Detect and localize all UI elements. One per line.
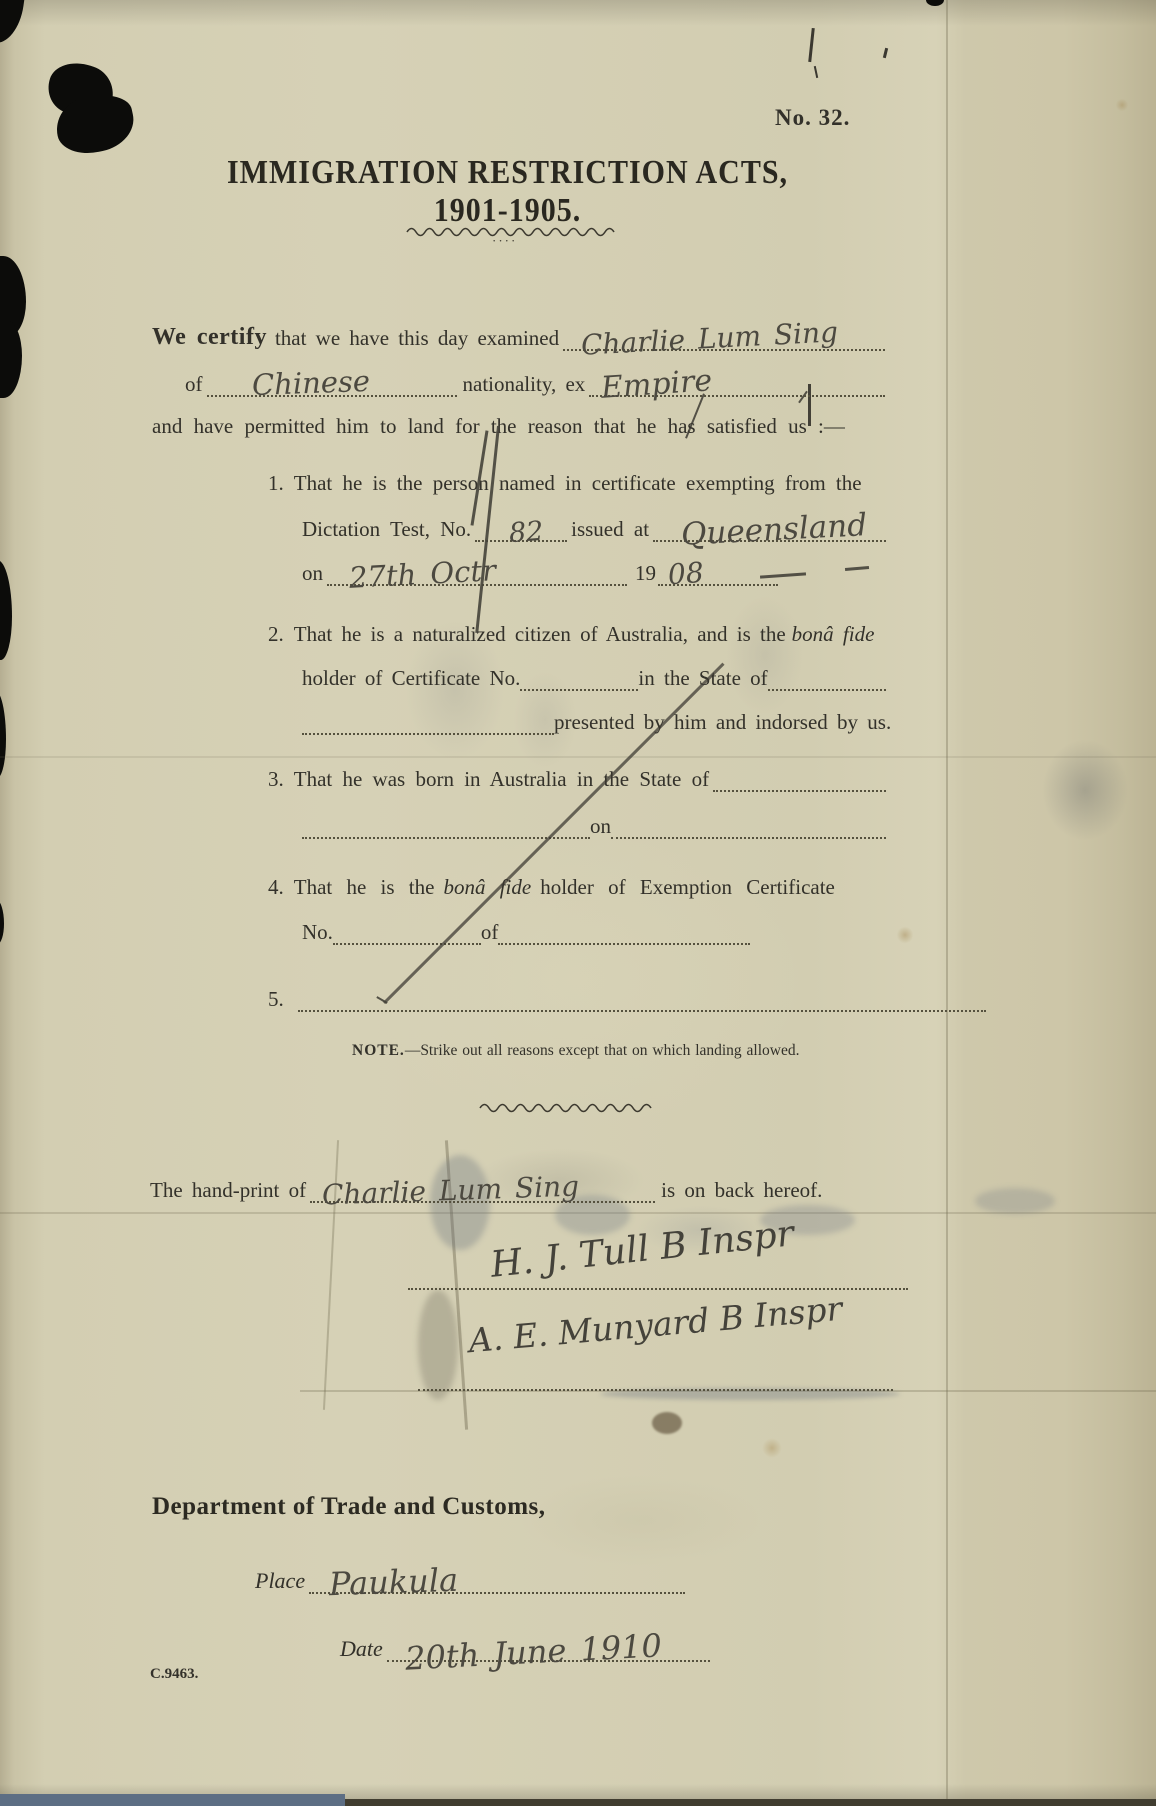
examined-name-handwriting: Charlie Lum Sing [581, 318, 839, 359]
place-field: Paukula [309, 1588, 685, 1594]
fold-crease [0, 756, 1156, 758]
reason-text: in the State of [638, 666, 767, 691]
ex-field: Empire [589, 391, 885, 397]
exemption-no-field [333, 939, 481, 945]
torn-edge [926, 0, 944, 6]
reason-1-line-1: 1. That he is the person named in certif… [268, 471, 886, 496]
reason-number: 2. [268, 622, 284, 647]
divider-dots: ···· [492, 233, 517, 249]
certificate-document: No. 32. IMMIGRATION RESTRICTION ACTS, 19… [0, 0, 1156, 1806]
pen-mark [883, 48, 888, 58]
reason-text: issued at [571, 517, 649, 542]
certify-line-2: of Chinese nationality, ex Empire [185, 372, 885, 397]
reason-text: That he is the [294, 875, 435, 900]
torn-edge [0, 0, 26, 46]
nationality-field: Chinese [207, 391, 457, 397]
ex-handwriting: Empire [600, 366, 713, 404]
reason-number: 5. [268, 987, 284, 1012]
reason-text: holder of Certificate No. [302, 666, 520, 691]
reason-2-line-1: 2. That he is a naturalized citizen of A… [268, 622, 886, 647]
page-bottom-blue-strip [0, 1794, 345, 1806]
place-line: Place Paukula [255, 1568, 685, 1594]
state-field [768, 685, 886, 691]
reason-text: on [302, 561, 323, 586]
reason-text: holder of Exemption Certificate [540, 875, 835, 900]
reason-text: That he is the person named in certifica… [294, 471, 862, 496]
reason-text: That he was born in Australia in the Sta… [294, 767, 709, 792]
reason-text: of [481, 920, 499, 945]
wavy-divider [478, 1100, 654, 1119]
handprint-line: The hand-print of Charlie Lum Sing is on… [150, 1178, 888, 1203]
blank-field [298, 1006, 986, 1012]
reason-text: on [590, 814, 611, 839]
reason-text: No. [302, 920, 333, 945]
issued-at-handwriting: Queensland [680, 510, 868, 551]
reason-1-line-2: Dictation Test, No. 82 issued at Queensl… [302, 517, 886, 542]
torn-edge [0, 900, 4, 944]
handprint-text: The hand-print of [150, 1178, 306, 1203]
department-title: Department of Trade and Customs, [152, 1493, 546, 1521]
pen-mark [814, 66, 818, 78]
torn-edge [0, 560, 12, 660]
nationality-ex-label: nationality, ex [463, 372, 586, 397]
handprint-name-handwriting: Charlie Lum Sing [322, 1173, 580, 1210]
issued-at-field: Queensland [653, 536, 886, 542]
issue-date-handwriting: 27th Octr [348, 556, 496, 593]
handprint-name-field: Charlie Lum Sing [310, 1197, 655, 1203]
signature-line-2 [418, 1363, 893, 1391]
issue-year-handwriting: 08 [667, 559, 705, 589]
reason-text: That he is a naturalized citizen of Aust… [294, 622, 786, 647]
place-handwriting: Paukula [329, 1564, 459, 1600]
certificate-no-field [520, 685, 638, 691]
date-handwriting: 20th June 1910 [404, 1629, 662, 1674]
of-label: of [185, 372, 203, 397]
cert-number-handwriting: 82 [508, 518, 544, 547]
note-label: NOTE. [352, 1042, 405, 1060]
blank-field [498, 939, 750, 945]
year-prefix: 19 [635, 561, 656, 586]
bona-fide-italic: bonâ fide [792, 622, 875, 647]
pen-mark [808, 28, 814, 62]
blank-field [302, 729, 554, 735]
reason-2-line-3: presented by him and indorsed by us. [302, 710, 886, 735]
torn-edge [0, 320, 22, 398]
reason-4-line-2: No. of [302, 920, 886, 945]
cert-number-field: 82 [475, 536, 567, 542]
date-label: Date [340, 1636, 383, 1662]
reason-text: Dictation Test, No. [302, 517, 471, 542]
reason-number: 4. [268, 875, 284, 900]
reason-3-line-1: 3. That he was born in Australia in the … [268, 767, 886, 792]
certify-lead: We certify [152, 324, 267, 351]
date-field: 27th Octr [327, 580, 627, 586]
date-line: Date 20th June 1910 [340, 1636, 710, 1662]
state-field [713, 786, 886, 792]
reason-2-line-2: holder of Certificate No. in the State o… [302, 666, 886, 691]
form-code: C.9463. [150, 1666, 198, 1683]
place-label: Place [255, 1568, 305, 1594]
name-field: Charlie Lum Sing [563, 345, 885, 351]
reason-5-line: 5. [268, 987, 986, 1012]
torn-edge [0, 690, 6, 778]
year-field: 08 [658, 580, 778, 586]
nationality-handwriting: Chinese [251, 367, 370, 400]
reason-number: 3. [268, 767, 284, 792]
stain [975, 1188, 1055, 1214]
document-number: No. 32. [775, 105, 850, 131]
note-text: —Strike out all reasons except that on w… [405, 1042, 800, 1060]
certify-line-1: We certify that we have this day examine… [152, 324, 885, 351]
page-title: IMMIGRATION RESTRICTION ACTS, 1901-1905. [225, 154, 790, 230]
note-line: NOTE. —Strike out all reasons except tha… [352, 1042, 800, 1060]
handprint-text: is on back hereof. [661, 1178, 822, 1203]
blank-field [611, 833, 886, 839]
certify-text: that we have this day examined [275, 326, 559, 351]
reason-4-line-1: 4. That he is the bonâ fide holder of Ex… [268, 875, 886, 900]
fold-crease [946, 0, 948, 1806]
stain [652, 1412, 682, 1434]
reason-number: 1. [268, 471, 284, 496]
reason-text: presented by him and indorsed by us. [554, 710, 891, 735]
date-field: 20th June 1910 [387, 1656, 710, 1662]
signature-2-handwriting: A. E. Munyard B Inspr [467, 1292, 843, 1358]
certify-line-3: and have permitted him to land for the r… [152, 414, 885, 439]
reason-3-line-2: on [302, 814, 886, 839]
